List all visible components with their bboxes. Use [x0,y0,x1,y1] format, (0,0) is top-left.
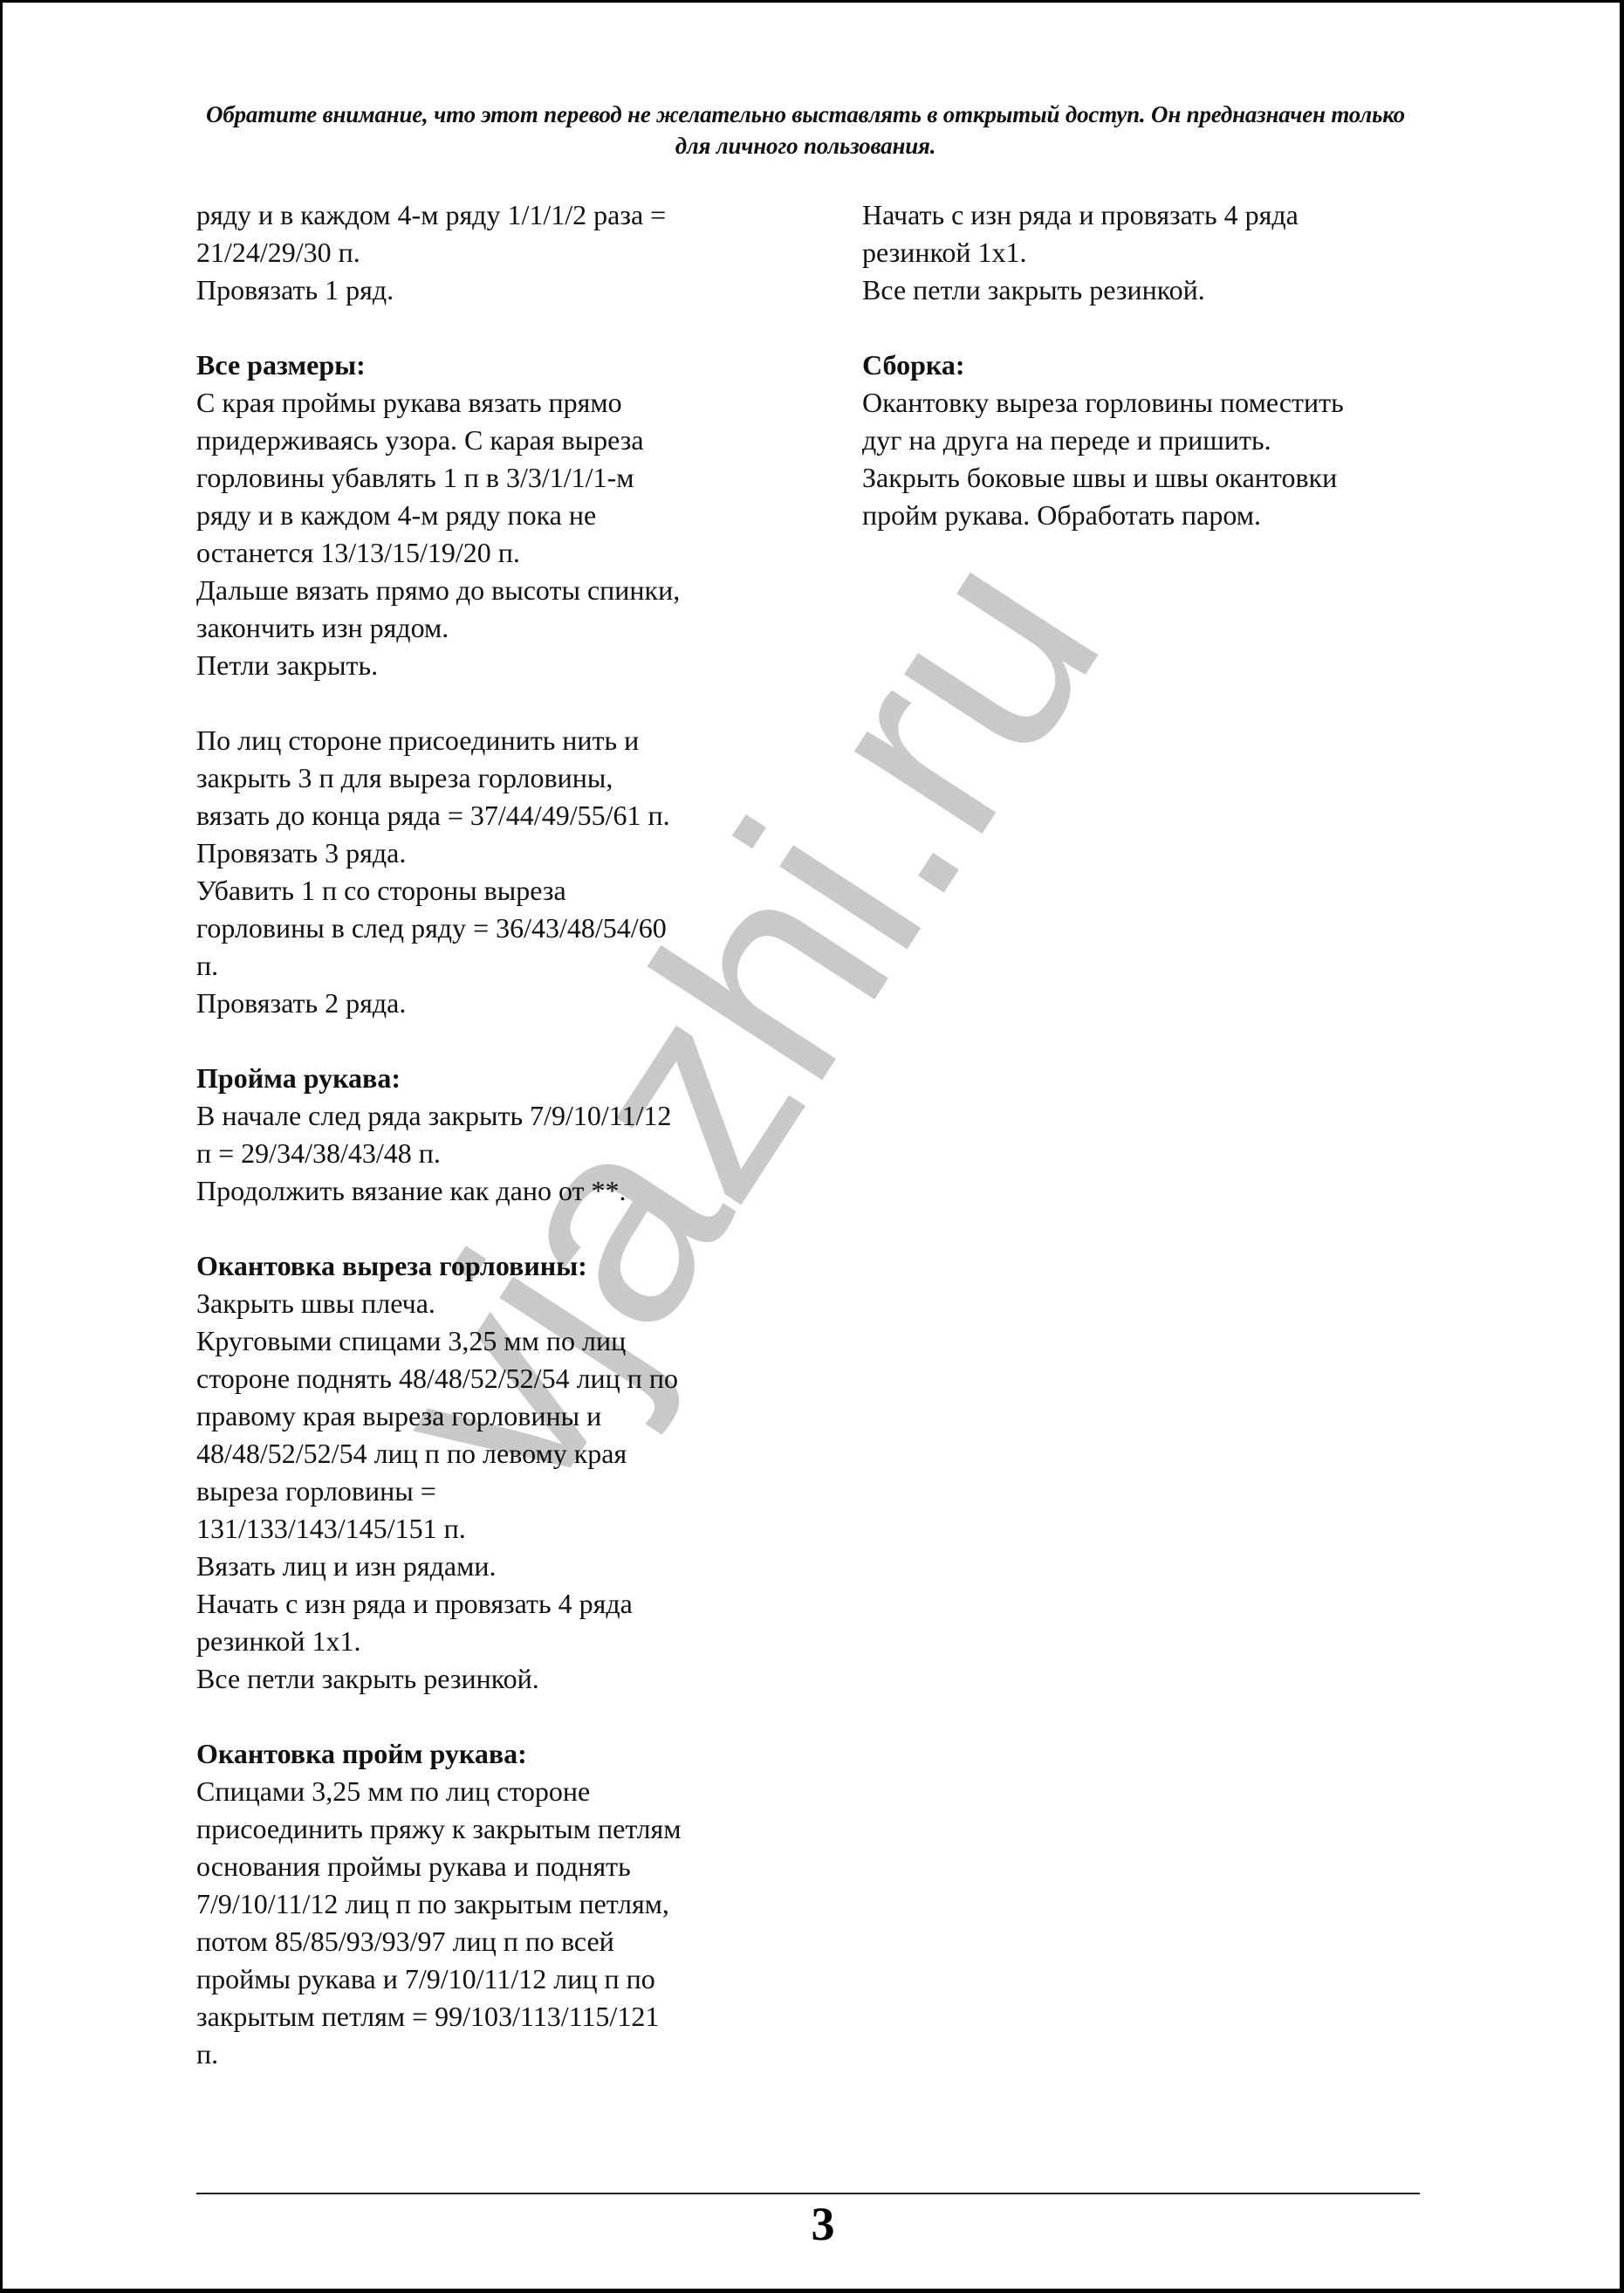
text-line: Окантовку выреза горловины поместить [862,384,1473,422]
text-line: правому края выреза горловины и [196,1397,807,1435]
text-line: По лиц стороне присоединить нить и [196,722,807,759]
text-line: п. [196,947,807,985]
text-line: закрытым петлям = 99/103/113/115/121 [196,1998,807,2036]
text-line: потом 85/85/93/93/97 лиц п по всей [196,1923,807,1960]
section-heading: Сборка: [862,347,1473,384]
text-line: придерживаясь узора. С карая выреза [196,422,807,459]
blank-line [196,309,807,347]
text-line: Провязать 1 ряд. [196,271,807,309]
text-line: дуг на друга на переде и пришить. [862,422,1473,459]
text-line: резинкой 1х1. [862,234,1473,271]
section-heading: Пройма рукава: [196,1060,807,1097]
text-line: вязать до конца ряда = 37/44/49/55/61 п. [196,797,807,834]
text-line: Провязать 3 ряда. [196,834,807,872]
text-line: присоединить пряжу к закрытым петлям [196,1810,807,1848]
text-line: С края проймы рукава вязать прямо [196,384,807,422]
text-line: Начать с изн ряда и провязать 4 ряда [196,1585,807,1623]
text-line: основания проймы рукава и поднять [196,1848,807,1885]
text-line: Петли закрыть. [196,647,807,684]
text-line: 48/48/52/52/54 лиц п по левому края [196,1435,807,1473]
text-line: Закрыть боковые швы и швы окантовки [862,459,1473,497]
text-line: горловины убавлять 1 п в 3/3/1/1/1-м [196,459,807,497]
text-line: В начале след ряда закрыть 7/9/10/11/12 [196,1097,807,1135]
text-line: проймы рукава и 7/9/10/11/12 лиц п по [196,1960,807,1998]
text-line: Вязать лиц и изн рядами. [196,1548,807,1585]
text-line: Продолжить вязание как дано от **. [196,1172,807,1210]
text-line: Все петли закрыть резинкой. [862,271,1473,309]
page-number: 3 [771,2197,875,2251]
text-line: Закрыть швы плеча. [196,1285,807,1322]
section-heading: Окантовка выреза горловины: [196,1247,807,1285]
section-heading: Окантовка пройм рукава: [196,1735,807,1773]
footer-divider [196,2193,1420,2194]
document-page: Обратите внимание, что этот перевод не ж… [0,0,1624,2293]
text-line: Дальше вязать прямо до высоты спинки, [196,572,807,609]
blank-line [196,1210,807,1247]
text-line: Круговыми спицами 3,25 мм по лиц [196,1322,807,1360]
blank-line [196,1022,807,1060]
text-line: п. [196,2036,807,2073]
text-line: Спицами 3,25 мм по лиц стороне [196,1773,807,1810]
blank-line [196,684,807,722]
blank-line [862,309,1473,347]
text-line: останется 13/13/15/19/20 п. [196,534,807,572]
text-line: 131/133/143/145/151 п. [196,1510,807,1548]
text-line: Начать с изн ряда и провязать 4 ряда [862,196,1473,234]
header-notice: Обратите внимание, что этот перевод не ж… [195,99,1416,161]
text-line: пройм рукава. Обработать паром. [862,497,1473,534]
text-line: стороне поднять 48/48/52/52/54 лиц п по [196,1360,807,1397]
section-heading: Все размеры: [196,347,807,384]
text-line: закончить изн рядом. [196,609,807,647]
text-line: ряду и в каждом 4-м ряду 1/1/1/2 раза = [196,196,807,234]
text-line: 7/9/10/11/12 лиц п по закрытым петлям, [196,1885,807,1923]
left-column: ряду и в каждом 4-м ряду 1/1/1/2 раза =2… [196,196,807,2073]
text-line: Убавить 1 п со стороны выреза [196,872,807,910]
right-column: Начать с изн ряда и провязать 4 рядарези… [862,196,1473,534]
text-line: выреза горловины = [196,1473,807,1510]
text-line: Провязать 2 ряда. [196,985,807,1022]
text-line: закрыть 3 п для выреза горловины, [196,759,807,797]
text-line: 21/24/29/30 п. [196,234,807,271]
text-line: резинкой 1х1. [196,1623,807,1660]
text-line: Все петли закрыть резинкой. [196,1660,807,1698]
text-line: п = 29/34/38/43/48 п. [196,1135,807,1172]
blank-line [196,1698,807,1735]
text-line: горловины в след ряду = 36/43/48/54/60 [196,910,807,947]
text-line: ряду и в каждом 4-м ряду пока не [196,497,807,534]
